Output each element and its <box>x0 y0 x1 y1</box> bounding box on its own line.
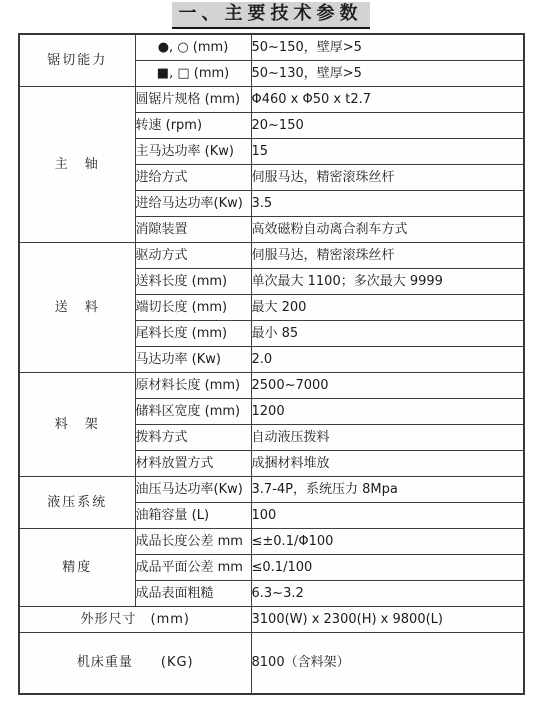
param-label-cell: 转速 (rpm) <box>135 113 251 139</box>
page-title: 一、主要技术参数 <box>172 2 370 29</box>
param-label-cell: 消隙装置 <box>135 217 251 243</box>
param-label-cell: 油压马达功率(Kw) <box>135 477 251 503</box>
param-value-cell: 成捆材料堆放 <box>251 451 524 477</box>
param-label-cell: 材料放置方式 <box>135 451 251 477</box>
param-label-cell: 尾料长度 (mm) <box>135 321 251 347</box>
table-row: 外形尺寸 (mm)3100(W) x 2300(H) x 9800(L) <box>19 607 524 633</box>
param-value-cell: ≤0.1/100 <box>251 555 524 581</box>
param-label-cell: 外形尺寸 (mm) <box>19 607 251 633</box>
param-value-cell: 100 <box>251 503 524 529</box>
category-cell: 精度 <box>19 529 135 607</box>
param-value-cell: 50~150，壁厚>5 <box>251 34 524 61</box>
spec-table: 锯切能力●, ○ (mm)50~150，壁厚>5■, □ (mm)50~130，… <box>18 33 525 695</box>
param-label-cell: 马达功率 (Kw) <box>135 347 251 373</box>
table-row: 机床重量 (KG)8100（含料架） <box>19 633 524 694</box>
table-row: 精度成品长度公差 mm≤±0.1/Φ100 <box>19 529 524 555</box>
param-value-cell: 20~150 <box>251 113 524 139</box>
param-value-cell: 自动液压拨料 <box>251 425 524 451</box>
param-label-cell: 进给方式 <box>135 165 251 191</box>
category-cell: 送 料 <box>19 243 135 373</box>
param-value-cell: 最大 200 <box>251 295 524 321</box>
param-label-cell: 储料区宽度 (mm) <box>135 399 251 425</box>
param-label-cell: 圆锯片规格 (mm) <box>135 87 251 113</box>
table-row: 送 料驱动方式伺服马达，精密滚珠丝杆 <box>19 243 524 269</box>
param-value-cell: 伺服马达，精密滚珠丝杆 <box>251 165 524 191</box>
param-label-cell: ■, □ (mm) <box>135 61 251 87</box>
page-header: 一、主要技术参数 <box>0 2 541 29</box>
param-label-cell: ●, ○ (mm) <box>135 34 251 61</box>
param-value-cell: 6.3~3.2 <box>251 581 524 607</box>
param-label-cell: 拨料方式 <box>135 425 251 451</box>
param-value-cell: 1200 <box>251 399 524 425</box>
param-label-cell: 机床重量 (KG) <box>19 633 251 694</box>
table-row: 主 轴圆锯片规格 (mm)Φ460 x Φ50 x t2.7 <box>19 87 524 113</box>
param-value-cell: 伺服马达，精密滚珠丝杆 <box>251 243 524 269</box>
param-value-cell: ≤±0.1/Φ100 <box>251 529 524 555</box>
category-cell: 锯切能力 <box>19 34 135 87</box>
param-value-cell: Φ460 x Φ50 x t2.7 <box>251 87 524 113</box>
param-value-cell: 50~130，壁厚>5 <box>251 61 524 87</box>
param-label-cell: 进给马达功率(Kw) <box>135 191 251 217</box>
param-value-cell: 8100（含料架） <box>251 633 524 694</box>
param-label-cell: 主马达功率 (Kw) <box>135 139 251 165</box>
param-label-cell: 原材料长度 (mm) <box>135 373 251 399</box>
param-label-cell: 油箱容量 (L) <box>135 503 251 529</box>
param-value-cell: 最小 85 <box>251 321 524 347</box>
param-value-cell: 3.7-4P，系统压力 8Mpa <box>251 477 524 503</box>
param-label-cell: 送料长度 (mm) <box>135 269 251 295</box>
spec-table-body: 锯切能力●, ○ (mm)50~150，壁厚>5■, □ (mm)50~130，… <box>19 34 524 694</box>
param-label-cell: 成品长度公差 mm <box>135 529 251 555</box>
param-value-cell: 高效磁粉自动离合刹车方式 <box>251 217 524 243</box>
param-label-cell: 驱动方式 <box>135 243 251 269</box>
category-cell: 主 轴 <box>19 87 135 243</box>
table-row: 锯切能力●, ○ (mm)50~150，壁厚>5 <box>19 34 524 61</box>
param-value-cell: 3100(W) x 2300(H) x 9800(L) <box>251 607 524 633</box>
param-value-cell: 2500~7000 <box>251 373 524 399</box>
table-row: 料 架原材料长度 (mm)2500~7000 <box>19 373 524 399</box>
param-value-cell: 单次最大 1100；多次最大 9999 <box>251 269 524 295</box>
table-row: 液压系统油压马达功率(Kw)3.7-4P，系统压力 8Mpa <box>19 477 524 503</box>
param-value-cell: 3.5 <box>251 191 524 217</box>
category-cell: 液压系统 <box>19 477 135 529</box>
param-value-cell: 2.0 <box>251 347 524 373</box>
param-label-cell: 成品表面粗糙 <box>135 581 251 607</box>
param-label-cell: 成品平面公差 mm <box>135 555 251 581</box>
param-label-cell: 端切长度 (mm) <box>135 295 251 321</box>
category-cell: 料 架 <box>19 373 135 477</box>
param-value-cell: 15 <box>251 139 524 165</box>
